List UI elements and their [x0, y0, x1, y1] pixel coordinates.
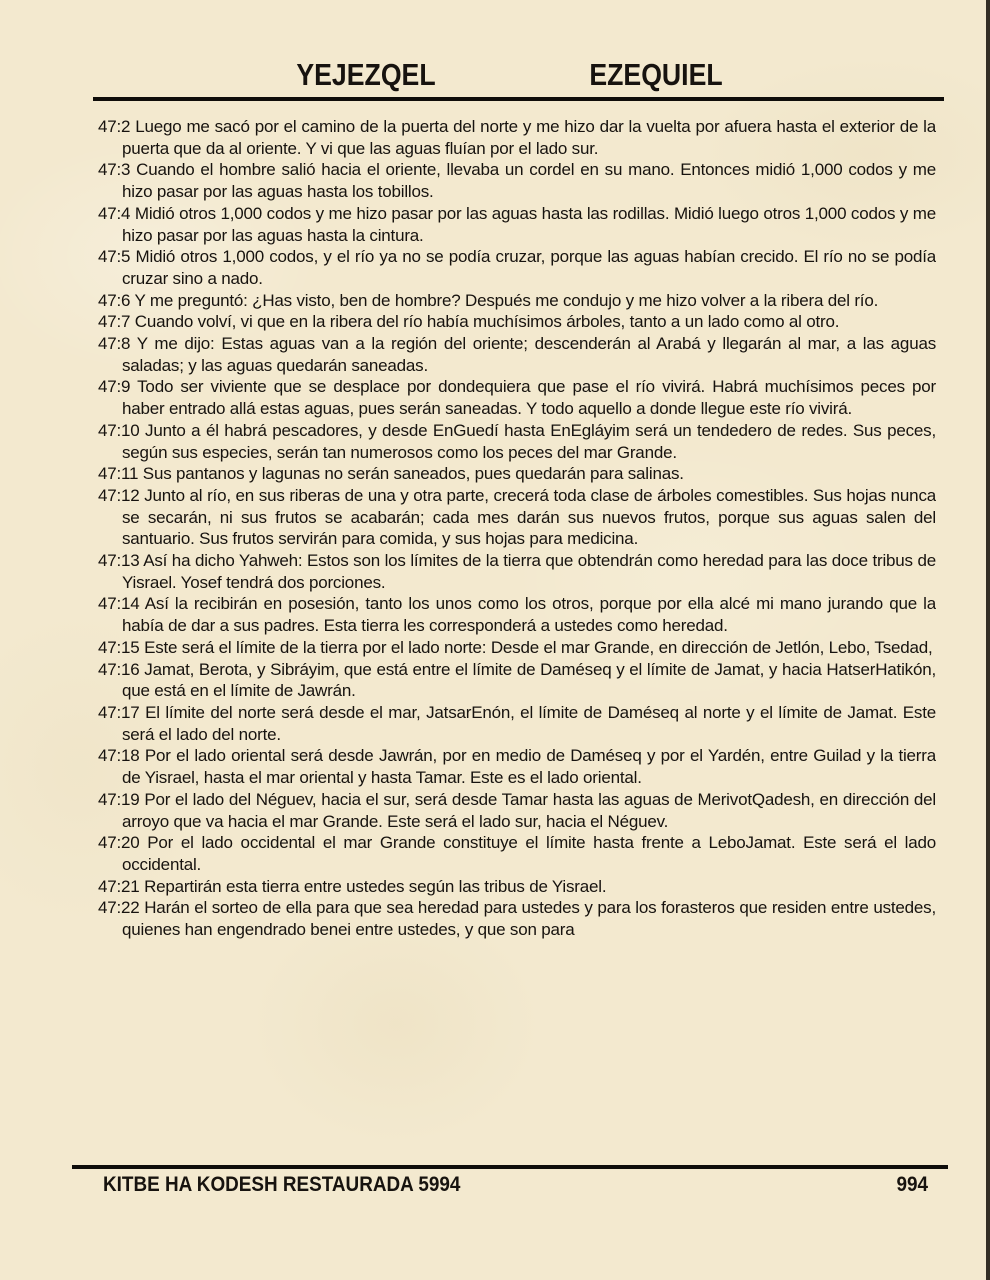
verse-47-13: 47:13 Así ha dicho Yahweh: Estos son los… [98, 550, 936, 593]
verse-47-11: 47:11 Sus pantanos y lagunas no serán sa… [98, 463, 936, 485]
verse-47-20: 47:20 Por el lado occidental el mar Gran… [98, 832, 936, 875]
verse-list: 47:2 Luego me sacó por el camino de la p… [98, 116, 936, 1162]
scan-edge-strip [986, 0, 990, 1280]
footer-book-title: KITBE HA KODESH RESTAURADA 5994 [103, 1173, 460, 1197]
verse-47-15: 47:15 Este será el límite de la tierra p… [98, 637, 936, 659]
verse-47-19: 47:19 Por el lado del Néguev, hacia el s… [98, 789, 936, 832]
verse-47-3: 47:3 Cuando el hombre salió hacia el ori… [98, 159, 936, 202]
verse-47-22: 47:22 Harán el sorteo de ella para que s… [98, 897, 936, 940]
verse-47-21: 47:21 Repartirán esta tierra entre usted… [98, 876, 936, 898]
page-title-hebrew-name: YEJEZQEL [296, 57, 435, 93]
header-rule [93, 97, 944, 101]
verse-47-16: 47:16 Jamat, Berota, y Sibráyim, que est… [98, 659, 936, 702]
verse-47-17: 47:17 El límite del norte será desde el … [98, 702, 936, 745]
verse-47-7: 47:7 Cuando volví, vi que en la ribera d… [98, 311, 936, 333]
verse-47-6: 47:6 Y me preguntó: ¿Has visto, ben de h… [98, 290, 936, 312]
page-title-spanish-name: EZEQUIEL [589, 57, 722, 93]
verse-47-14: 47:14 Así la recibirán en posesión, tant… [98, 593, 936, 636]
verse-47-8: 47:8 Y me dijo: Estas aguas van a la reg… [98, 333, 936, 376]
verse-47-18: 47:18 Por el lado oriental será desde Ja… [98, 745, 936, 788]
verse-47-5: 47:5 Midió otros 1,000 codos, y el río y… [98, 246, 936, 289]
verse-47-2: 47:2 Luego me sacó por el camino de la p… [98, 116, 936, 159]
page-number: 994 [896, 1173, 928, 1197]
verse-47-12: 47:12 Junto al río, en sus riberas de un… [98, 485, 936, 550]
footer-rule [72, 1165, 948, 1169]
verse-47-9: 47:9 Todo ser viviente que se desplace p… [98, 376, 936, 419]
verse-47-10: 47:10 Junto a él habrá pescadores, y des… [98, 420, 936, 463]
scripture-page: YEJEZQEL EZEQUIEL 47:2 Luego me sacó por… [0, 0, 990, 1280]
verse-47-4: 47:4 Midió otros 1,000 codos y me hizo p… [98, 203, 936, 246]
